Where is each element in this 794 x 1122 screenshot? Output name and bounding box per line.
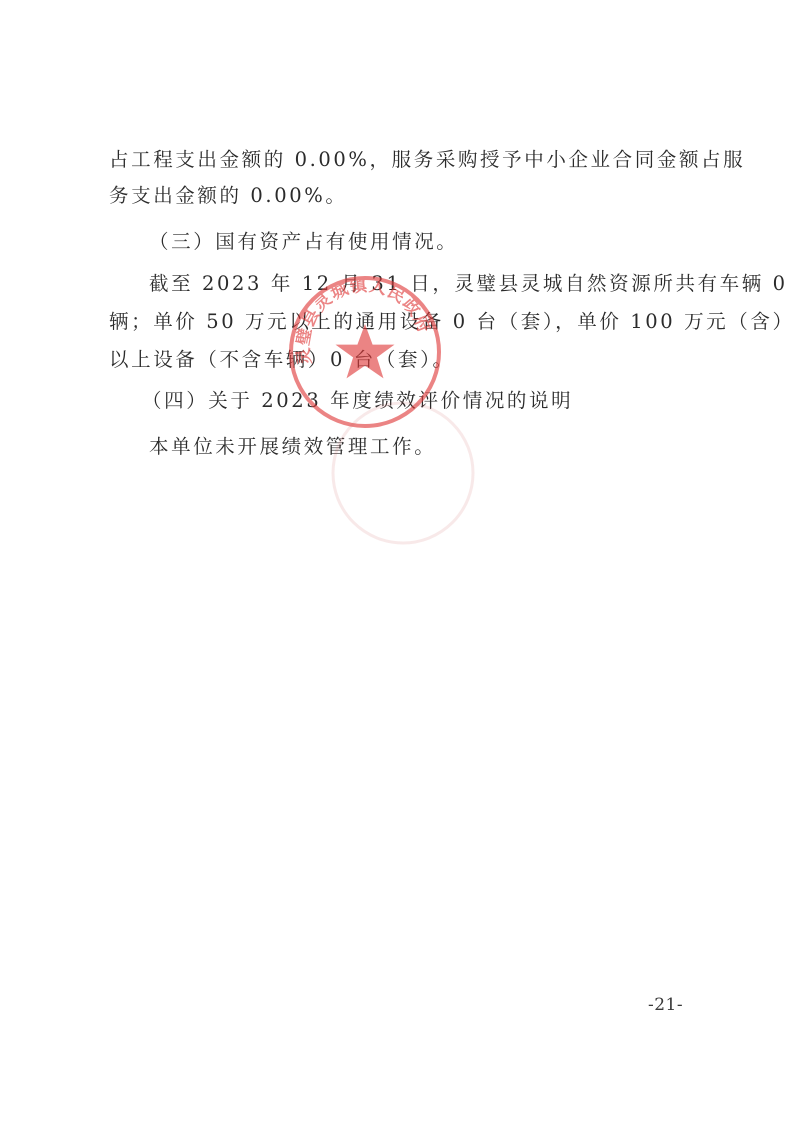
ghost-seal-icon <box>328 398 478 548</box>
page-number: -21- <box>648 995 683 1015</box>
paragraph-line: 务支出金额的 0.00%。 <box>109 186 347 206</box>
paragraph-line: 本单位未开展绩效管理工作。 <box>149 437 436 457</box>
paragraph-line: 以上设备（不含车辆）0 台（套）。 <box>109 350 455 370</box>
paragraph-line: 辆；单价 50 万元以上的通用设备 0 台（套），单价 100 万元（含） <box>109 312 794 332</box>
paragraph-line: 截至 2023 年 12 月 31 日，灵璧县灵城自然资源所共有车辆 0 <box>149 274 788 294</box>
paragraph-line: 占工程支出金额的 0.00%，服务采购授予中小企业合同金额占服 <box>109 150 745 170</box>
section-heading-3: （三）国有资产占有使用情况。 <box>149 232 458 252</box>
section-heading-4: （四）关于 2023 年度绩效评价情况的说明 <box>142 391 573 411</box>
document-page: 占工程支出金额的 0.00%，服务采购授予中小企业合同金额占服 务支出金额的 0… <box>0 0 794 1122</box>
